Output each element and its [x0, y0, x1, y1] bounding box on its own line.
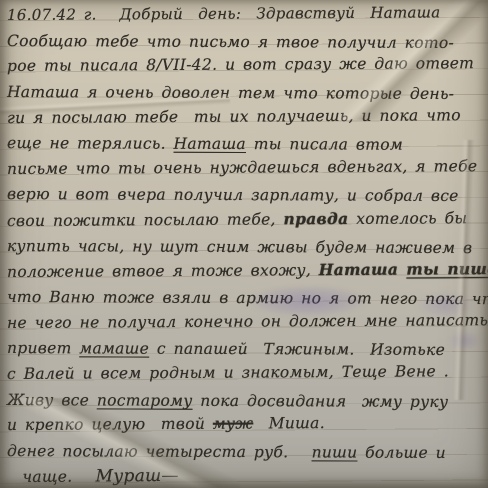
letter-photo: 16.07.42 г. Добрый день: Здравствуй Ната… — [0, 0, 488, 488]
letter-line-17: и крепко целую твой муж Миша. — [7, 410, 486, 439]
letter-line-15: с Валей и всем родным и знакомым, Теще В… — [7, 359, 486, 388]
letter-line-19: чаще. Мураш— — [7, 462, 486, 488]
letter-line-13: не чего не получал конечно он должен мне… — [7, 308, 486, 337]
signature: Мураш— — [96, 465, 179, 486]
letter-line-7: письме что ты очень нуждаешься вденьгах,… — [7, 154, 486, 183]
letter-line-1: 16.07.42 г. Добрый день: Здравствуй Ната… — [7, 0, 486, 29]
letter-line-3: рое ты писала 8/VII-42. и вот сразу же д… — [7, 51, 486, 80]
letter-line-11: положение втвое я тоже вхожу, Наташа ты … — [7, 256, 486, 285]
letter-line-5: ги я посылаю тебе ты их получаешь, и пок… — [7, 103, 486, 132]
letter-line-9: свои пожитки посылаю тебе, правда хотело… — [7, 205, 486, 234]
letter-lines: 16.07.42 г. Добрый день: Здравствуй Ната… — [7, 3, 486, 488]
